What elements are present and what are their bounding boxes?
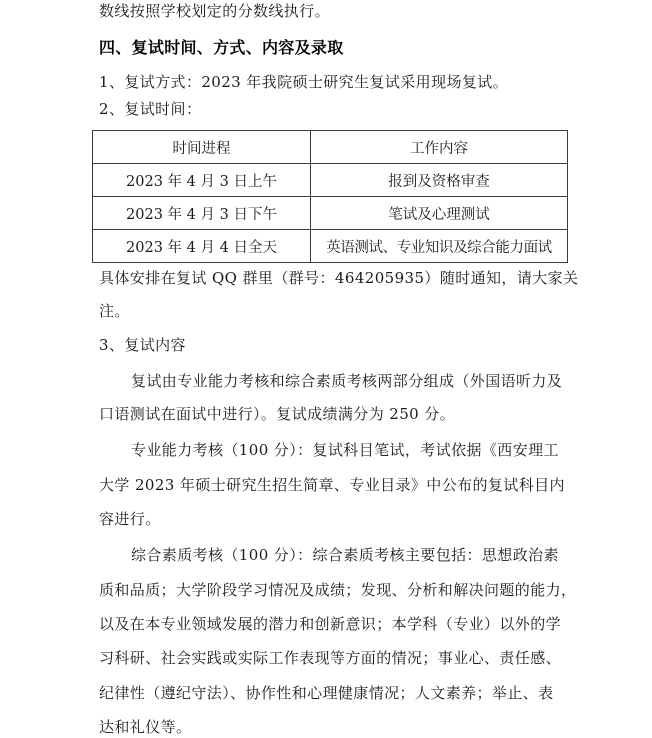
table-cell-time: 2023 年 4 月 3 日上午 — [93, 164, 311, 197]
item-2-text: 2、复试时间： — [99, 99, 201, 119]
table-row: 2023 年 4 月 3 日上午 报到及资格审查 — [93, 164, 568, 197]
paragraph-3-line1: 综合素质考核（100 分）：综合素质考核主要包括：思想政治素 — [131, 545, 559, 565]
table-row: 2023 年 4 月 4 日全天 英语测试、专业知识及综合能力面试 — [93, 230, 568, 263]
paragraph-3-line2: 质和品质；大学阶段学习情况及成绩；发现、分析和解决问题的能力， — [99, 580, 576, 600]
paragraph-2-line1: 专业能力考核（100 分）：复试科目笔试，考试依据《西安理工 — [131, 440, 559, 460]
paragraph-1-line1: 复试由专业能力考核和综合素质考核两部分组成（外国语听力及 — [131, 371, 562, 391]
paragraph-3-line5: 纪律性（遵纪守法）、协作性和心理健康情况；人文素养；举止、表 — [99, 683, 554, 703]
schedule-table: 时间进程 工作内容 2023 年 4 月 3 日上午 报到及资格审查 2023 … — [92, 130, 568, 263]
paragraph-1-line2: 口语测试在面试中进行）。复试成绩满分为 250 分。 — [99, 404, 455, 424]
table-header-row: 时间进程 工作内容 — [93, 131, 568, 164]
item-1-text: 1、复试方式：2023 年我院硕士研究生复试采用现场复试。 — [99, 72, 508, 92]
notice-text-line1: 具体安排在复试 QQ 群里（群号：464205935）随时通知，请大家关 — [99, 268, 578, 288]
paragraph-3-line3: 以及在本专业领域发展的潜力和创新意识；本学科（专业）以外的学 — [99, 614, 561, 634]
paragraph-2-line2: 大学 2023 年硕士研究生招生简章、专业目录》中公布的复试科目内 — [99, 475, 565, 495]
table-header-content: 工作内容 — [311, 131, 568, 164]
paragraph-3-line4: 习科研、社会实践或实际工作表现等方面的情况；事业心、责任感、 — [99, 648, 561, 668]
section-heading: 四、复试时间、方式、内容及录取 — [99, 38, 344, 58]
table-row: 2023 年 4 月 3 日下午 笔试及心理测试 — [93, 197, 568, 230]
item-3-text: 3、复试内容 — [99, 335, 186, 355]
notice-text-line2: 注。 — [99, 301, 130, 321]
table-cell-content: 报到及资格审查 — [311, 164, 568, 197]
table-cell-time: 2023 年 4 月 3 日下午 — [93, 197, 311, 230]
paragraph-3-line6: 达和礼仪等。 — [99, 717, 191, 737]
paragraph-2-line3: 容进行。 — [99, 509, 161, 529]
table-cell-content: 英语测试、专业知识及综合能力面试 — [311, 230, 568, 263]
document-page: 数线按照学校划定的分数线执行。 四、复试时间、方式、内容及录取 1、复试方式：2… — [0, 0, 652, 738]
table-cell-content: 笔试及心理测试 — [311, 197, 568, 230]
table-cell-time: 2023 年 4 月 4 日全天 — [93, 230, 311, 263]
continuation-text: 数线按照学校划定的分数线执行。 — [99, 1, 330, 21]
table-header-time: 时间进程 — [93, 131, 311, 164]
